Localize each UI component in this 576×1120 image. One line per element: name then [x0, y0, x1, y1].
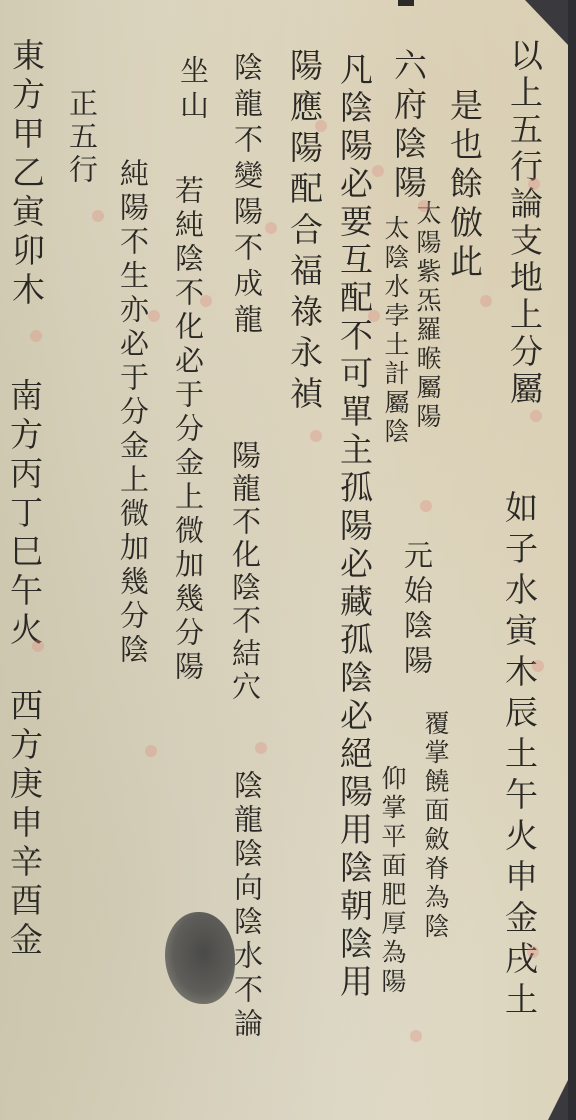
text-column-yuanshi-yinyang: 元始陰陽 — [402, 540, 431, 680]
text-column-taiyin: 太陰水孛土計屬陰 — [383, 215, 408, 447]
seal-mark — [265, 222, 277, 234]
seal-mark — [145, 745, 157, 757]
seal-mark — [480, 295, 492, 307]
seal-mark — [200, 295, 212, 307]
seal-mark — [527, 946, 539, 958]
text-column-yinlong-yinxiang: 陰龍陰向陰水不論 — [232, 770, 261, 1042]
text-column-chunyang: 純陽不生亦必于分金上微加幾分陰 — [118, 158, 147, 668]
seal-mark — [418, 200, 430, 212]
text-column-yanglong: 陽龍不化陰不結穴 — [230, 440, 259, 704]
seal-mark — [92, 210, 104, 222]
text-column-yangzhang: 仰掌平面肥厚為陽 — [380, 765, 405, 997]
seal-mark — [420, 500, 432, 512]
text-column-west: 西方庚申辛酉金 — [8, 688, 41, 961]
seal-mark — [255, 742, 267, 754]
text-column-south: 南方丙丁巳午火 — [8, 378, 41, 651]
binding-mark — [398, 0, 414, 6]
seal-mark — [310, 430, 322, 442]
manuscript-page: 以上五行論支地上分屬 如子水寅木辰土午火申金戌土 是也餘倣此 六府陰陽 太陽紫炁… — [0, 0, 568, 1120]
text-column-zuoshan: 坐山 — [178, 55, 207, 125]
seal-mark — [372, 165, 384, 177]
seal-mark — [368, 310, 380, 322]
seal-mark — [528, 178, 540, 190]
seal-mark — [532, 660, 544, 672]
scan-border — [568, 0, 576, 1120]
seal-mark — [32, 640, 44, 652]
seal-mark — [30, 330, 42, 342]
text-column-yinyang-pairing: 凡陰陽必要互配不可單主孤陽必藏孤陰必絕陽用陰朝陰用 — [338, 52, 371, 1002]
ink-blot — [165, 912, 235, 1004]
text-column-east: 東方甲乙寅卯木 — [10, 38, 43, 311]
text-column-yinlong: 陰龍不變陽不成龍 — [232, 52, 261, 340]
seal-mark — [315, 120, 327, 132]
text-column-fuzhang: 覆掌饒面斂脊為陰 — [423, 710, 448, 942]
text-column-heading: 以上五行論支地上分屬 — [508, 38, 541, 408]
seal-mark — [148, 310, 160, 322]
text-column-zheng-wuxing: 正五行 — [67, 88, 96, 187]
text-column-liufu-yinyang: 六府陰陽 — [392, 48, 425, 204]
text-column-chunyin: 若純陰不化必于分金上微加幾分陽 — [173, 175, 202, 685]
seal-mark — [410, 1030, 422, 1042]
text-column-examples: 如子水寅木辰土午火申金戌土 — [503, 490, 536, 1023]
text-column-taiyang: 太陽紫炁羅㬋屬陽 — [415, 200, 440, 432]
seal-mark — [530, 410, 542, 422]
text-column-continuation: 是也餘倣此 — [448, 88, 481, 283]
text-column-yang-ying: 陽應陽配合福祿永禎 — [288, 48, 321, 417]
